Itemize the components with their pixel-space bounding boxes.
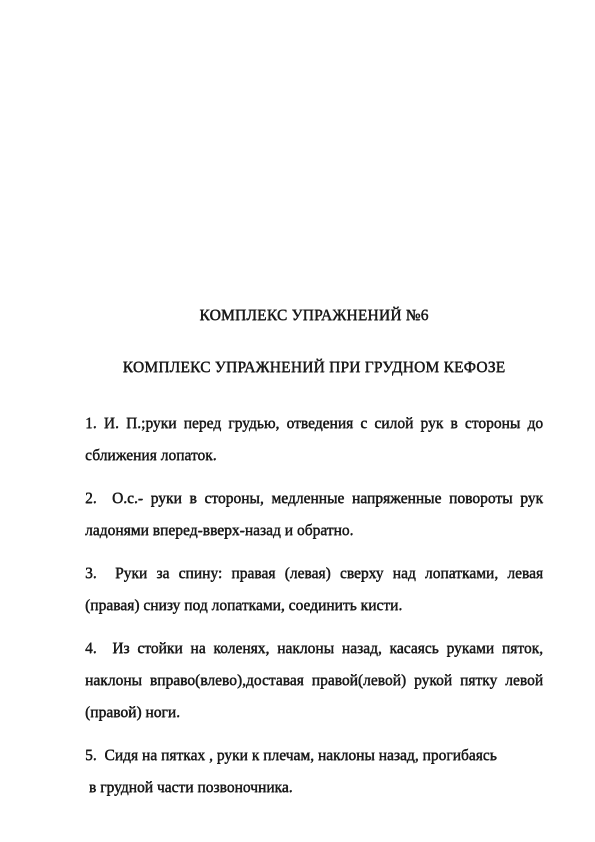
document-subtitle: КОМПЛЕКС УПРАЖНЕНИЙ ПРИ ГРУДНОМ КЕФОЗЕ <box>85 358 543 378</box>
exercise-item-5-line-2: в грудной части позвоночника. <box>85 772 543 804</box>
document-title: КОМПЛЕКС УПРАЖНЕНИЙ №6 <box>85 306 543 326</box>
exercise-list: 1. И. П.;руки перед грудью, отведения с … <box>85 408 543 804</box>
exercise-item-1: 1. И. П.;руки перед грудью, отведения с … <box>85 408 543 472</box>
exercise-item-3: 3. Руки за спину: правая (левая) сверху … <box>85 558 543 622</box>
exercise-item-5-line-1: 5. Сидя на пятках , руки к плечам, накло… <box>85 740 543 772</box>
document-content: КОМПЛЕКС УПРАЖНЕНИЙ №6 КОМПЛЕКС УПРАЖНЕН… <box>85 306 543 815</box>
document-page: КОМПЛЕКС УПРАЖНЕНИЙ №6 КОМПЛЕКС УПРАЖНЕН… <box>0 0 595 842</box>
exercise-item-4: 4. Из стойки на коленях, наклоны назад, … <box>85 633 543 729</box>
exercise-item-2: 2. О.с.- руки в стороны, медленные напря… <box>85 483 543 547</box>
exercise-item-5: 5. Сидя на пятках , руки к плечам, накло… <box>85 740 543 804</box>
